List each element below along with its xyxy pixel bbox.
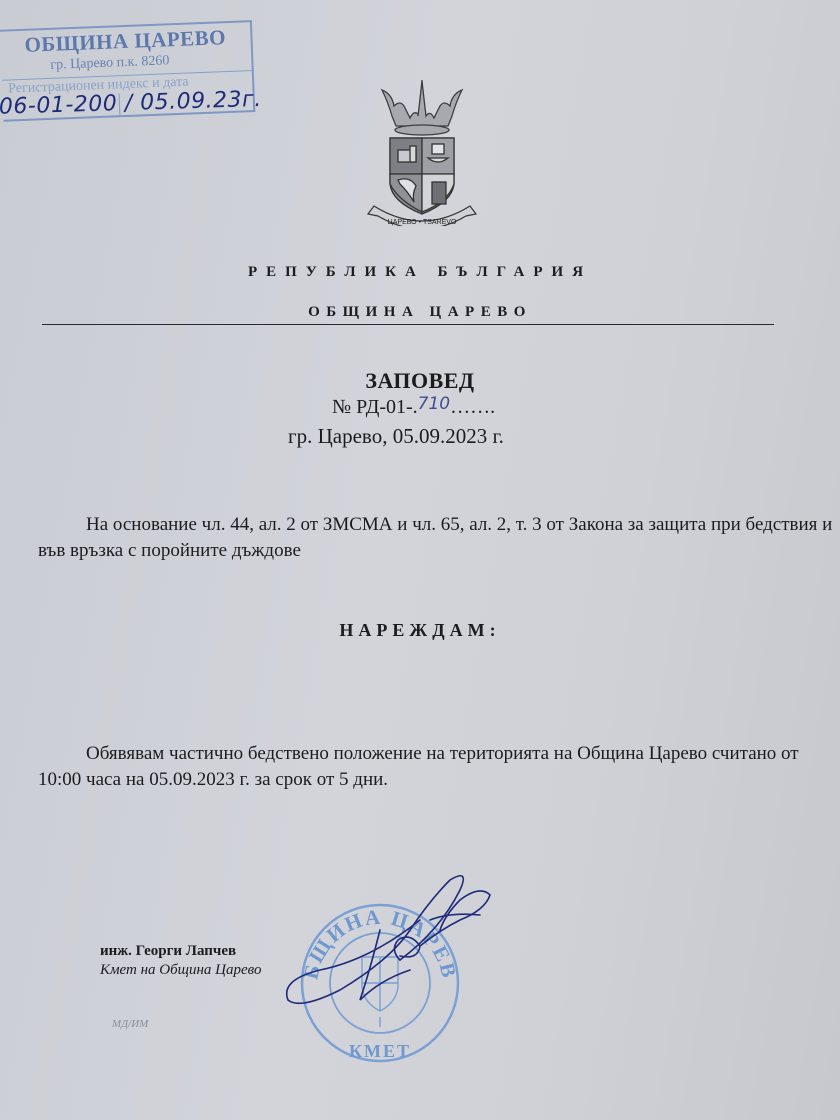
signatory-name: инж. Георги Лапчев xyxy=(100,943,236,960)
order-document: ОБЩИНА ЦАРЕВО гр. Царево п.к. 8260 Регис… xyxy=(0,0,840,1120)
decree-paragraph: Обявявам частично бедствено положение на… xyxy=(38,741,838,793)
country-heading: РЕПУБЛИКА БЪЛГАРИЯ xyxy=(0,264,840,281)
order-number-dots-lead: . xyxy=(413,396,418,418)
basis-paragraph: На основание чл. 44, ал. 2 от ЗМСМА и чл… xyxy=(38,512,838,564)
basis-text: На основание чл. 44, ал. 2 от ЗМСМА и чл… xyxy=(38,514,832,561)
municipality-heading: ОБЩИНА ЦАРЕВО xyxy=(0,304,840,321)
header-divider xyxy=(42,324,774,325)
order-number: № РД-01-.710……. xyxy=(332,396,495,419)
svg-text:КМЕТ: КМЕТ xyxy=(349,1041,411,1061)
decree-text: Обявявам частично бедствено положение на… xyxy=(38,743,799,790)
order-number-dots: ……. xyxy=(450,396,495,418)
svg-text:ЦАРЕВО • TSAREVO: ЦАРЕВО • TSAREVO xyxy=(388,219,457,226)
signatory-title: Кмет на Община Царево xyxy=(100,962,261,979)
decree-heading: НАРЕЖДАМ: xyxy=(0,620,840,641)
author-initials: МД/ИМ xyxy=(112,1018,148,1030)
coat-of-arms-icon: ЦАРЕВО • TSAREVO xyxy=(352,76,492,226)
order-number-handwritten: 710 xyxy=(418,394,450,414)
order-number-prefix: № РД-01- xyxy=(332,396,413,418)
order-title: ЗАПОВЕД xyxy=(0,368,840,394)
handwritten-signature-icon xyxy=(280,860,500,1020)
registration-stamp: ОБЩИНА ЦАРЕВО гр. Царево п.к. 8260 Регис… xyxy=(0,20,255,122)
order-place-date: гр. Царево, 05.09.2023 г. xyxy=(288,424,504,449)
